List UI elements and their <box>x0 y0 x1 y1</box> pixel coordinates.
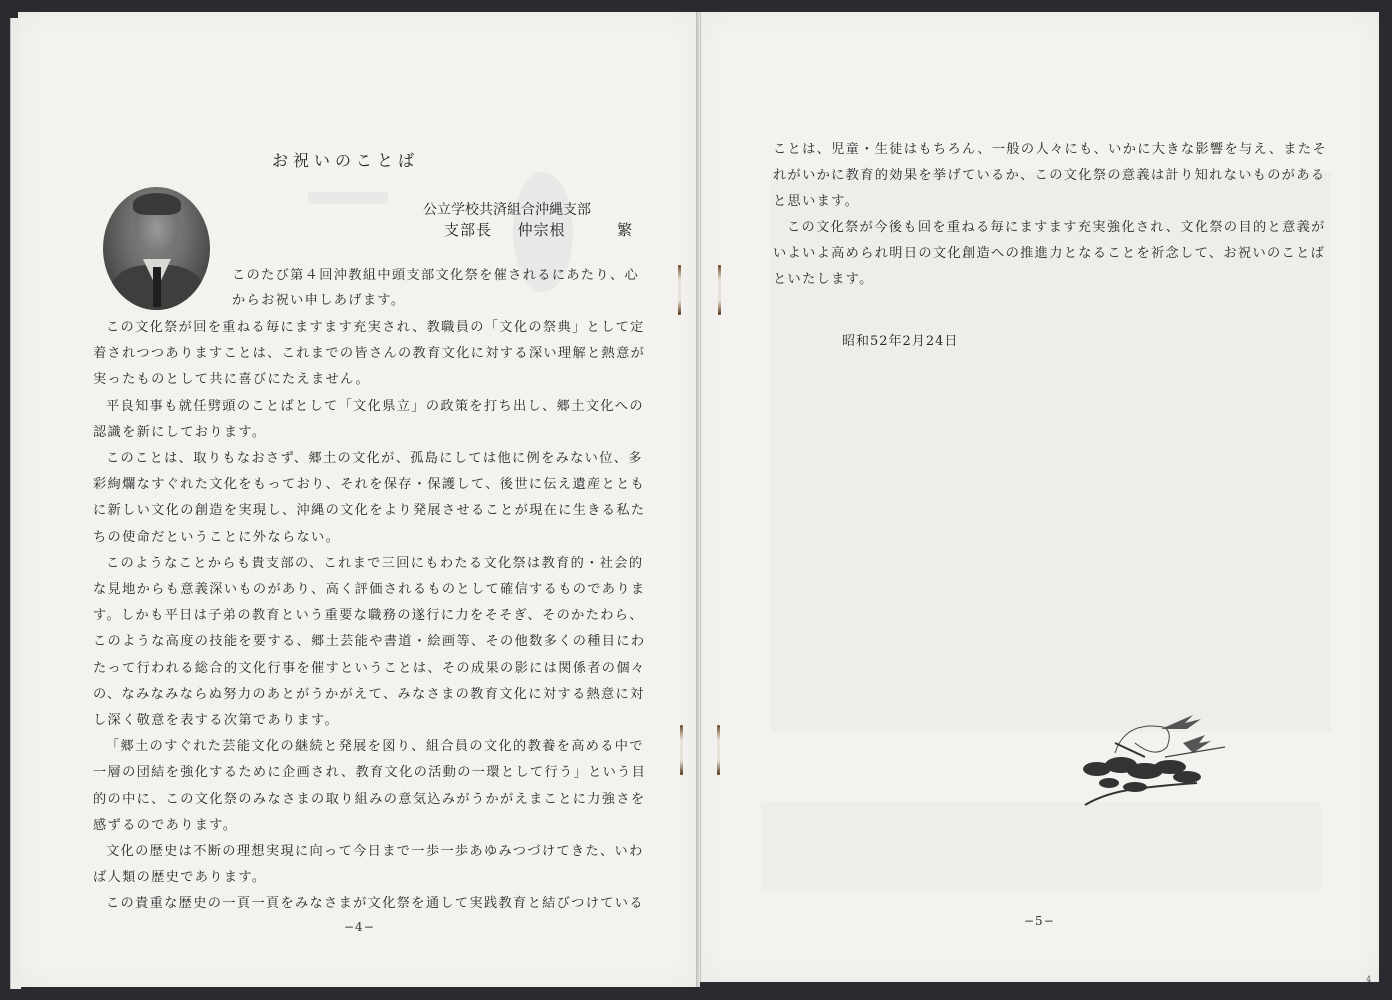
text-line: れがいかに教育的効果を挙げているか、この文化祭の意義は計り知れないものがある <box>773 163 1325 188</box>
text-line: この文化祭が今後も回を重ねる毎にますます充実強化され、文化祭の目的と意義が <box>787 215 1326 240</box>
text-line: ちの使命だということに外ならない。 <box>93 525 340 550</box>
author-surname: 仲宗根 <box>518 221 566 239</box>
spine <box>696 12 700 987</box>
page-number-left: −4− <box>344 920 375 934</box>
booklet-spread: お祝いのことば 公立学校共済組合沖縄支部 支部長 仲宗根 繁 このたび第４回沖教… <box>0 0 1392 1000</box>
crane-and-pine-illustration <box>1075 713 1235 813</box>
text-line: し深く敬意を表する次第であります。 <box>93 708 339 733</box>
text-line: ば人類の歴史であります。 <box>93 865 266 890</box>
text-line: この文化祭が回を重ねる毎にますます充実され、教職員の「文化の祭典」として定 <box>106 315 645 340</box>
bleed-through <box>761 802 1321 892</box>
staple <box>680 725 683 775</box>
staple <box>678 265 681 315</box>
page-title: お祝いのことば <box>272 148 419 171</box>
author-organization: 公立学校共済組合沖縄支部 <box>423 199 591 219</box>
text-line: に新しい文化の創造を実現し、沖縄の文化をより発展させることが現在に生きる私た <box>93 498 645 523</box>
staple <box>718 265 721 315</box>
author-title: 支部長 <box>444 221 492 239</box>
text-line: 平良知事も就任劈頭のことばとして「文化県立」の政策を打ち出し、郷土文化への <box>106 394 644 419</box>
text-line: の、なみなみならぬ努力のあとがうかがえて、みなさまの教育文化に対する熱意に対 <box>93 682 645 707</box>
text-line: たって行われる総合的文化行事を催すということは、その成果の影には関係者の個々 <box>93 656 645 681</box>
text-line: このような高度の技能を要する、郷土芸能や書道・絵画等、その他数多くの種目にわ <box>93 629 645 654</box>
text-line: ことは、児童・生徒はもちろん、一般の人々にも、いかに大きな影響を与え、またそ <box>773 137 1327 162</box>
text-line: このたび第４回沖教組中頭支部文化祭を催されるにあたり、心 <box>232 263 639 288</box>
text-line: 的の中に、この文化祭のみなさまの取り組みの意気込みがうかがえまことに力強さを <box>93 787 645 812</box>
text-line: 着されつつありますことは、これまでの皆さんの教育文化に対する深い理解と熱意が <box>93 341 645 366</box>
text-line: このようなことからも貴支部の、これまで三回にもわたる文化祭は教育的・社会的 <box>106 551 643 576</box>
text-line: 文化の歴史は不断の理想実現に向って今日まで一歩一歩あゆみつづけてきた、いわ <box>106 839 644 864</box>
page-number-right: −5− <box>1024 914 1055 928</box>
text-line: な見地からも意義深いものがあり、高く評価されるものとして確信するものでありま <box>93 577 645 602</box>
text-line: 実ったものとして共に喜びにたえません。 <box>93 367 370 392</box>
text-line: 認識を新にしております。 <box>93 420 266 445</box>
corner-mark: 4 <box>1366 975 1371 984</box>
text-line: 彩絢爛なすぐれた文化をもっており、それを保存・保護して、後世に伝え遺産ととも <box>93 472 645 497</box>
text-line: 感ずるのであります。 <box>93 813 237 838</box>
portrait-photo <box>103 187 210 310</box>
text-line: いよいよ高められ明日の文化創造への推進力となることを祈念して、お祝いのことば <box>773 241 1325 266</box>
author-signature: 支部長 仲宗根 繁 <box>444 219 633 240</box>
text-line: この貴重な歴史の一頁一頁をみなさまが文化祭を通して実践教育と結びつけている <box>106 891 644 916</box>
text-line: 一層の団結を強化するために企画され、教育文化の活動の一環として行う」という目 <box>93 760 646 785</box>
staple <box>717 725 720 775</box>
text-line: と思います。 <box>773 189 859 214</box>
bleed-through <box>308 192 388 204</box>
text-line: といたします。 <box>773 267 874 292</box>
text-line: からお祝い申しあげます。 <box>232 288 405 313</box>
document-date: 昭和52年2月24日 <box>842 330 958 349</box>
author-given-name: 繁 <box>617 221 633 239</box>
text-line: 「郷土のすぐれた芸能文化の継続と発展を図り、組合員の文化的教養を高める中で <box>106 734 644 759</box>
text-line: す。しかも平日は子弟の教育という重要な職務の遂行に力をそそぎ、そのかたわら、 <box>93 603 644 628</box>
text-line: このことは、取りもなおさず、郷土の文化が、孤島にしては他に例をみない位、多 <box>106 446 643 471</box>
